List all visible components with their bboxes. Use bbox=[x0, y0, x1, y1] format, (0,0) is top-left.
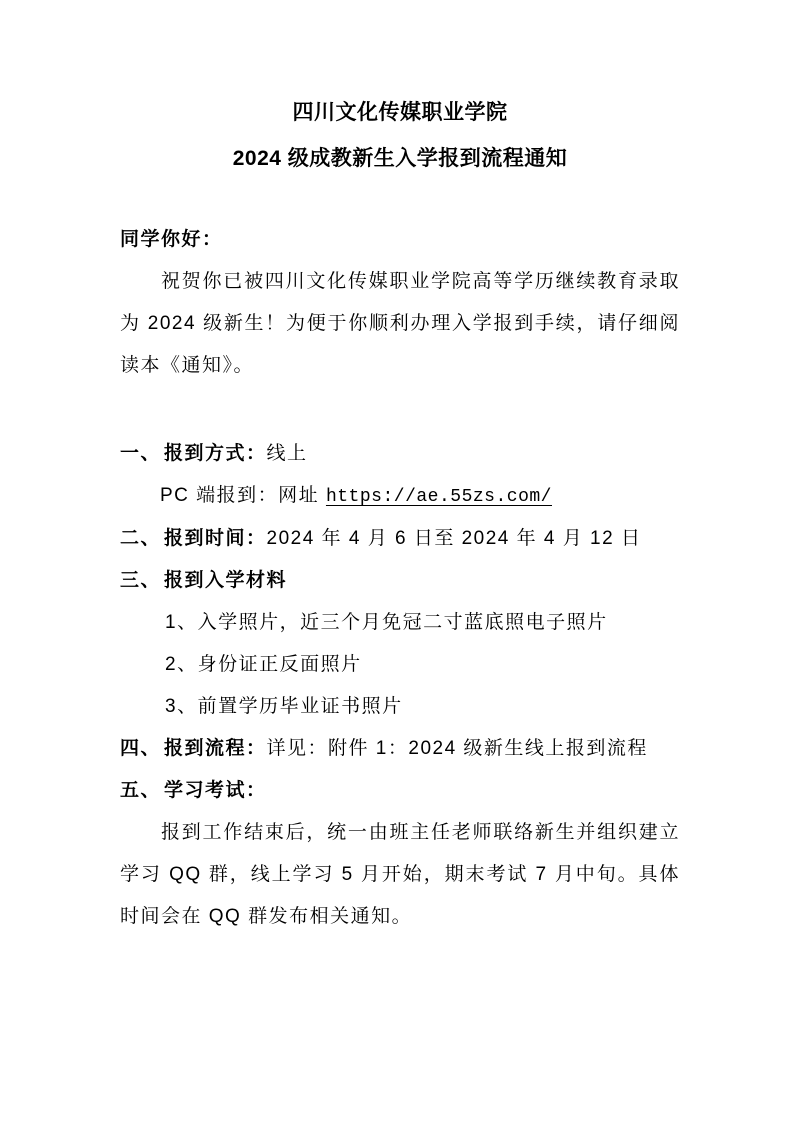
section-5-study-exam: 五、学习考试： bbox=[120, 770, 680, 812]
section-1-value: 线上 bbox=[267, 443, 308, 464]
intro-paragraph: 祝贺你已被四川文化传媒职业学院高等学历继续教育录取为 2024 级新生！为便于你… bbox=[120, 261, 680, 387]
greeting-line: 同学你好： bbox=[120, 219, 680, 261]
section-2-value: 2024 年 4 月 6 日至 2024 年 4 月 12 日 bbox=[267, 528, 642, 549]
material-item-2: 2、身份证正反面照片 bbox=[120, 644, 680, 686]
section-4-heading: 报到流程： bbox=[164, 738, 267, 759]
section-2-registration-time: 二、报到时间：2024 年 4 月 6 日至 2024 年 4 月 12 日 bbox=[120, 518, 680, 560]
section-1-heading: 报到方式： bbox=[164, 443, 267, 464]
section-3-materials: 三、报到入学材料 bbox=[120, 560, 680, 602]
section-5-heading: 学习考试： bbox=[164, 780, 267, 801]
pc-registration-label: PC 端报到：网址 bbox=[160, 485, 326, 506]
document-content: 四川文化传媒职业学院 2024 级成教新生入学报到流程通知 同学你好： 祝贺你已… bbox=[0, 0, 800, 938]
document-page: 四川文化传媒职业学院 2024 级成教新生入学报到流程通知 同学你好： 祝贺你已… bbox=[0, 0, 800, 1131]
section-1-registration-method: 一、报到方式：线上 bbox=[120, 433, 680, 475]
material-item-3: 3、前置学历毕业证书照片 bbox=[120, 686, 680, 728]
section-4-registration-process: 四、报到流程：详见：附件 1：2024 级新生线上报到流程 bbox=[120, 728, 680, 770]
document-title-line1: 四川文化传媒职业学院 bbox=[120, 90, 680, 136]
pc-registration-line: PC 端报到：网址 https://ae.55zs.com/ bbox=[120, 475, 680, 518]
section-5-number: 五、 bbox=[120, 780, 161, 801]
closing-paragraph: 报到工作结束后，统一由班主任老师联络新生并组织建立学习 QQ 群，线上学习 5 … bbox=[120, 812, 680, 938]
section-1-number: 一、 bbox=[120, 443, 161, 464]
section-2-heading: 报到时间： bbox=[164, 528, 267, 549]
section-3-heading: 报到入学材料 bbox=[164, 570, 287, 591]
document-title-line2: 2024 级成教新生入学报到流程通知 bbox=[120, 136, 680, 182]
material-item-1: 1、入学照片，近三个月免冠二寸蓝底照电子照片 bbox=[120, 602, 680, 644]
section-2-number: 二、 bbox=[120, 528, 161, 549]
section-4-number: 四、 bbox=[120, 738, 161, 759]
section-3-number: 三、 bbox=[120, 570, 161, 591]
sections-list: 一、报到方式：线上 PC 端报到：网址 https://ae.55zs.com/… bbox=[120, 433, 680, 938]
section-4-value: 详见：附件 1：2024 级新生线上报到流程 bbox=[267, 738, 648, 759]
registration-url-link[interactable]: https://ae.55zs.com/ bbox=[326, 487, 552, 507]
document-body: 同学你好： 祝贺你已被四川文化传媒职业学院高等学历继续教育录取为 2024 级新… bbox=[120, 219, 680, 938]
